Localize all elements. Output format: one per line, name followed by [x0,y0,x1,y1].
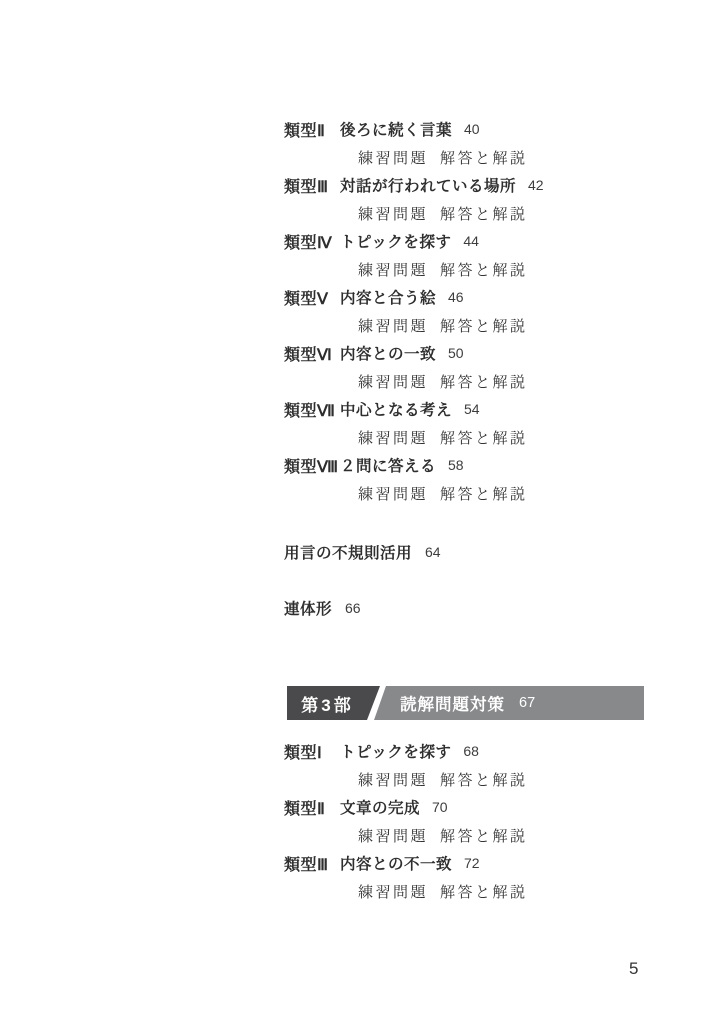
answers-explanations-label: 解答と解説 [440,483,528,504]
answers-explanations-label: 解答と解説 [440,427,528,448]
entry-page-number: 40 [464,121,480,137]
toc-entry-main-row: 類型Ⅲ 対話が行われている場所 42 [284,171,704,199]
grammar-item-title: 用言の不規則活用 [284,541,412,563]
practice-problems-label: 練習問題 [358,371,428,392]
grammar-item-page-number: 64 [425,544,441,560]
entry-page-number: 44 [463,233,479,249]
grammar-item-irregular-conjugation: 用言の不規則活用 64 [284,538,704,566]
entry-page-number: 50 [448,345,464,361]
toc-entry-sub-row: 練習問題 解答と解説 [284,479,704,507]
part-number-label: 第3部 [301,691,353,716]
entry-title: 内容との不一致 [340,852,452,874]
entry-title: トピックを探す [340,230,451,252]
entry-type-label: 類型Ⅰ [284,740,340,763]
part-number-box: 第3部 [287,686,380,720]
entry-type-label: 類型Ⅱ [284,118,340,141]
answers-explanations-label: 解答と解説 [440,147,528,168]
entry-page-number: 58 [448,457,464,473]
toc-entry-sub-row: 練習問題 解答と解説 [284,367,704,395]
entry-title: 内容と合う絵 [340,286,436,308]
toc-entry-sub-row: 練習問題 解答と解説 [284,143,704,171]
entry-title: 後ろに続く言葉 [340,118,452,140]
page-number: 5 [629,959,638,979]
practice-problems-label: 練習問題 [358,483,428,504]
toc-entry-main-row: 類型Ⅵ 内容との一致 50 [284,339,704,367]
toc-entry: 類型Ⅰ トピックを探す 68 練習問題 解答と解説 [284,737,704,793]
entry-type-label: 類型Ⅳ [284,230,340,253]
table-of-contents: 類型Ⅱ 後ろに続く言葉 40 練習問題 解答と解説 類型Ⅲ 対話が行われている場… [284,115,704,905]
section-page-number: 67 [519,695,535,711]
grammar-item-attributive-form: 連体形 66 [284,594,704,622]
toc-entry-main-row: 類型Ⅰ トピックを探す 68 [284,737,704,765]
entry-type-label: 類型Ⅷ [284,454,340,477]
entry-title: 文章の完成 [340,796,420,818]
toc-entry: 類型Ⅲ 対話が行われている場所 42 練習問題 解答と解説 [284,171,704,227]
section-header-part3: 第3部 読解問題対策 67 [287,686,644,720]
answers-explanations-label: 解答と解説 [440,371,528,392]
toc-entry-sub-row: 練習問題 解答と解説 [284,821,704,849]
toc-entry: 類型Ⅱ 文章の完成 70 練習問題 解答と解説 [284,793,704,849]
entry-title: トピックを探す [340,740,451,762]
toc-entry-main-row: 類型Ⅶ 中心となる考え 54 [284,395,704,423]
book-toc-page: { "page": { "background": "#ffffff", "pa… [0,0,723,1024]
toc-entry: 類型Ⅴ 内容と合う絵 46 練習問題 解答と解説 [284,283,704,339]
practice-problems-label: 練習問題 [358,315,428,336]
toc-entry-sub-row: 練習問題 解答と解説 [284,311,704,339]
grammar-item-title: 連体形 [284,597,332,619]
toc-entry-sub-row: 練習問題 解答と解説 [284,765,704,793]
toc-entry-main-row: 類型Ⅱ 後ろに続く言葉 40 [284,115,704,143]
entry-page-number: 42 [528,177,544,193]
entry-type-label: 類型Ⅲ [284,174,340,197]
toc-entry-sub-row: 練習問題 解答と解説 [284,255,704,283]
practice-problems-label: 練習問題 [358,203,428,224]
entry-page-number: 54 [464,401,480,417]
toc-entry-main-row: 類型Ⅴ 内容と合う絵 46 [284,283,704,311]
section-title-bar: 読解問題対策 67 [373,686,644,720]
toc-entry: 類型Ⅳ トピックを探す 44 練習問題 解答と解説 [284,227,704,283]
entry-page-number: 72 [464,855,480,871]
answers-explanations-label: 解答と解説 [440,825,528,846]
entry-title: 内容との一致 [340,342,436,364]
toc-entry: 類型Ⅵ 内容との一致 50 練習問題 解答と解説 [284,339,704,395]
entry-type-label: 類型Ⅲ [284,852,340,875]
grammar-item-page-number: 66 [345,600,361,616]
entry-type-label: 類型Ⅵ [284,342,340,365]
answers-explanations-label: 解答と解説 [440,203,528,224]
entry-title: ２問に答える [340,454,436,476]
toc-entry-main-row: 類型Ⅳ トピックを探す 44 [284,227,704,255]
practice-problems-label: 練習問題 [358,147,428,168]
toc-entry: 類型Ⅲ 内容との不一致 72 練習問題 解答と解説 [284,849,704,905]
toc-entry: 類型Ⅱ 後ろに続く言葉 40 練習問題 解答と解説 [284,115,704,171]
answers-explanations-label: 解答と解説 [440,881,528,902]
entry-page-number: 70 [432,799,448,815]
toc-entry: 類型Ⅶ 中心となる考え 54 練習問題 解答と解説 [284,395,704,451]
entry-type-label: 類型Ⅱ [284,796,340,819]
reading-entries-list: 類型Ⅰ トピックを探す 68 練習問題 解答と解説 類型Ⅱ 文章の完成 70 練… [284,737,704,905]
toc-entry: 類型Ⅷ ２問に答える 58 練習問題 解答と解説 [284,451,704,507]
practice-problems-label: 練習問題 [358,769,428,790]
entry-type-label: 類型Ⅴ [284,286,340,309]
toc-entry-main-row: 類型Ⅷ ２問に答える 58 [284,451,704,479]
toc-entry-main-row: 類型Ⅱ 文章の完成 70 [284,793,704,821]
answers-explanations-label: 解答と解説 [440,259,528,280]
toc-entry-sub-row: 練習問題 解答と解説 [284,199,704,227]
practice-problems-label: 練習問題 [358,881,428,902]
section-title: 読解問題対策 [400,691,505,715]
practice-problems-label: 練習問題 [358,259,428,280]
practice-problems-label: 練習問題 [358,825,428,846]
toc-entry-main-row: 類型Ⅲ 内容との不一致 72 [284,849,704,877]
answers-explanations-label: 解答と解説 [440,315,528,336]
toc-entry-sub-row: 練習問題 解答と解説 [284,877,704,905]
answers-explanations-label: 解答と解説 [440,769,528,790]
listening-entries-list: 類型Ⅱ 後ろに続く言葉 40 練習問題 解答と解説 類型Ⅲ 対話が行われている場… [284,115,704,507]
entry-page-number: 68 [463,743,479,759]
practice-problems-label: 練習問題 [358,427,428,448]
entry-type-label: 類型Ⅶ [284,398,340,421]
entry-title: 中心となる考え [340,398,452,420]
entry-title: 対話が行われている場所 [340,174,516,196]
entry-page-number: 46 [448,289,464,305]
toc-entry-sub-row: 練習問題 解答と解説 [284,423,704,451]
